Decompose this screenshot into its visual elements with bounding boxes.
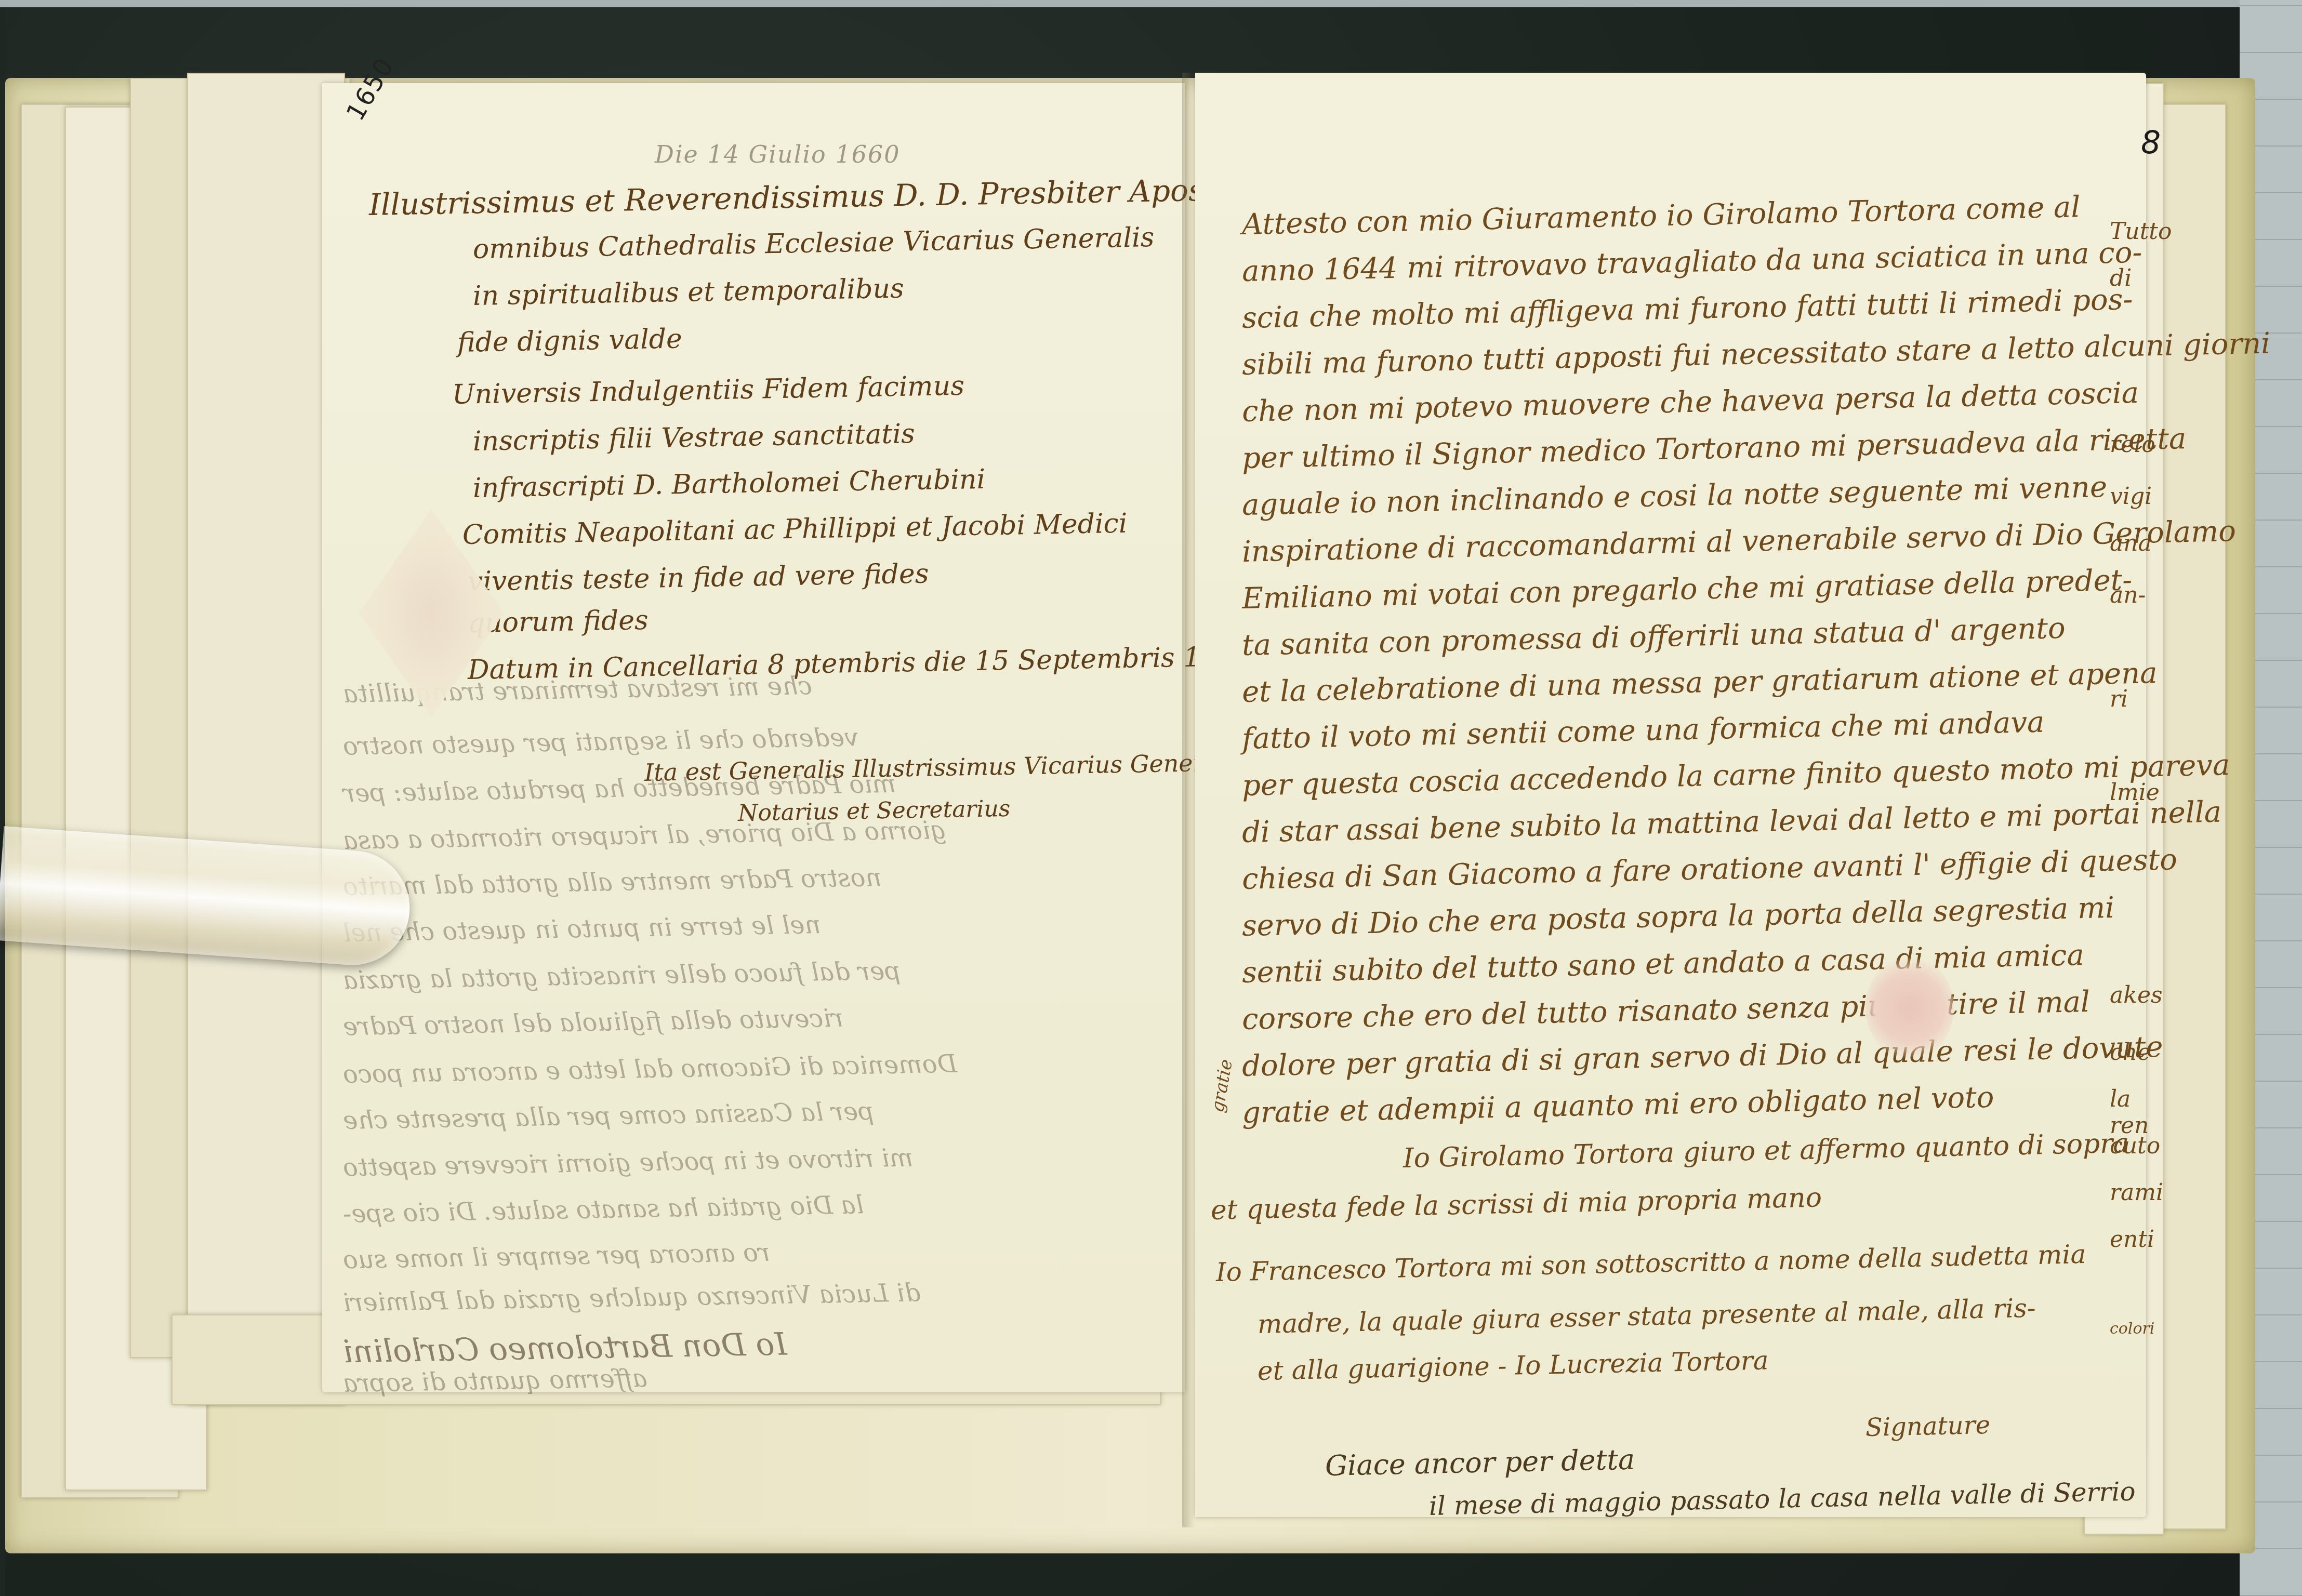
manuscript-line: Datum in Cancellaria 8 ptembris die 15 S… <box>467 641 1252 686</box>
ghost-line: Io Don Bartolomeo Carlolini <box>342 1326 787 1371</box>
leaf-stack-4 <box>187 73 345 1405</box>
manuscript-line: per questa coscia accedendo la carne fin… <box>1241 748 2230 803</box>
ghost-line: ricevuto della figliuola del nostro Padr… <box>343 1004 844 1042</box>
manuscript-line: inspiratione di raccomandarmi al venerab… <box>1241 514 2236 569</box>
right-margin-fragments: Tutto di relo vigi ana an- ri lmie akes … <box>2110 218 2172 1361</box>
margin-gloss: gratie <box>1207 1058 1237 1114</box>
ghost-line: Domenica di Giacomo dal letto e ancora u… <box>343 1049 958 1089</box>
manuscript-line: Notarius et Secretarius <box>738 795 1011 827</box>
manuscript-line: inscriptis filii Vestrae sanctitatis <box>472 418 915 457</box>
manuscript-line: omnibus Cathedralis Ecclesiae Vicarius G… <box>472 222 1154 265</box>
manuscript-line: per ultimo il Signor medico Tortorano mi… <box>1241 422 2187 475</box>
ghost-line: per dal fuoco delle rinascita grotta la … <box>343 956 901 995</box>
manuscript-line: et la celebratione di una messa per grat… <box>1241 656 2158 709</box>
manuscript-line: in spiritualibus et temporalibus <box>472 273 904 312</box>
date-line: Die 14 Giulio 1660 <box>655 140 900 168</box>
manuscript-line: sentii subito del tutto sano et andato a… <box>1241 938 2084 990</box>
manuscript-line: servo di Dio che era posta sopra la port… <box>1241 891 2115 943</box>
bottom-note: Giace ancor per detta <box>1325 1443 1635 1482</box>
manuscript-line: corsore che ero del tutto risanato senza… <box>1241 985 2090 1036</box>
manuscript-line: Io Girolamo Tortora giuro et affermo qua… <box>1403 1128 2129 1174</box>
manuscript-line: viventis teste in fide ad vere fides <box>467 558 929 597</box>
manuscript-line: scia che molto mi affligeva mi furono fa… <box>1241 283 2133 335</box>
manuscript-line: madre, la quale giura esser stata presen… <box>1257 1293 2036 1339</box>
ghost-line: nostro Padre mentre alla grotta dal mari… <box>343 863 882 901</box>
bottom-note: il mese di maggio passato la casa nella … <box>1428 1477 2136 1521</box>
ghost-line: per la Cassina come per alla presente ch… <box>343 1097 875 1135</box>
manuscript-line: et questa fede la scrissi di mia propria… <box>1210 1182 1822 1226</box>
ghost-line: di Lucia Vincenzo qualche grazia dal Pal… <box>343 1278 921 1317</box>
manuscript-line: ta sanita con promessa di offerirli una … <box>1241 611 2066 662</box>
folio-number: 8 <box>2141 125 2161 161</box>
manuscript-line: dolore per gratia di si gran servo di Di… <box>1241 1030 2163 1083</box>
left-page: 1650 Die 14 Giulio 1660 che mi restava t… <box>322 83 1185 1392</box>
manuscript-line: chiesa di San Giacomo a fare oratione av… <box>1241 843 2177 896</box>
manuscript-line: fatto il voto mi sentii come una formica… <box>1241 706 2045 756</box>
manuscript-line: aguale io non inclinando e cosi la notte… <box>1241 470 2107 522</box>
manuscript-line: anno 1644 mi ritrovavo travagliato da un… <box>1241 236 2142 288</box>
ghost-line: mi ritrovo et in poche giorni ricevere a… <box>343 1143 914 1182</box>
ghost-line: vedendo che li segnati per questo nostro <box>343 723 859 761</box>
right-page: Attesto con mio Giuramento io Girolamo T… <box>1195 73 2146 1517</box>
manuscript-line: che non mi potevo muovere che haveva per… <box>1241 376 2139 429</box>
manuscript-line: et alla guarigione - Io Lucrezia Tortora <box>1257 1345 1769 1386</box>
ghost-line: nel le terre in punto in questo che nel <box>343 910 821 948</box>
manuscript-line: di star assai bene subito la mattina lev… <box>1241 795 2221 849</box>
manuscript-line: Universis Indulgentiis Fidem facimus <box>452 370 964 410</box>
manuscript-line: Comitis Neapolitani ac Phillippi et Jaco… <box>462 508 1127 551</box>
scanner-bed-top <box>0 0 2302 7</box>
red-stamp-stain <box>1866 956 1954 1060</box>
manuscript-line: infrascripti D. Bartholomei Cherubini <box>472 464 985 504</box>
ghost-line: ro ancora per sempre il nome suo <box>343 1238 771 1274</box>
manuscript-line: Io Francesco Tortora mi son sottoscritto… <box>1215 1239 2086 1287</box>
manuscript-line: Attesto con mio Giuramento io Girolamo T… <box>1241 190 2081 242</box>
manuscript-line: gratie et adempii a quanto mi ero obliga… <box>1241 1081 1994 1130</box>
manuscript-line: fide dignis valde <box>457 323 682 358</box>
ghost-line: affermo quanto di sopra <box>343 1364 647 1398</box>
ghost-line: la Dio gratia ha sanato salute. Di cio s… <box>343 1190 864 1228</box>
manuscript-line: Emiliano mi votai con pregarlo che mi gr… <box>1241 563 2132 616</box>
closing-signature: Signature <box>1865 1411 1990 1442</box>
